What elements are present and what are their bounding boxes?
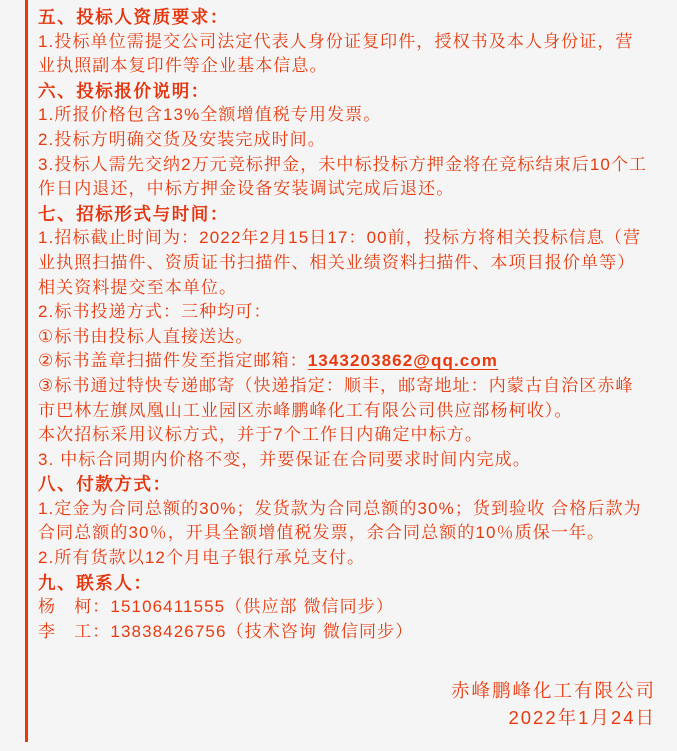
text-line: ①标书由投标人直接送达。 [38,325,663,350]
text-line: 1.所报价格包含13%全额增值税专用发票。 [38,103,663,128]
text-line: 本次招标采用议标方式，并于7个工作日内确定中标方。 [38,423,663,448]
text-line: 2.投标方明确交货及安装完成时间。 [38,128,663,153]
text-line: 合同总额的30％，开具全额增值税发票，余合同总额的10％质保一年。 [38,521,663,546]
text-line: 2.所有货款以12个月电子银行承兑支付。 [38,546,663,571]
contact-line-ligong: 李 工：13838426756（技术咨询 微信同步） [38,620,663,645]
section-heading-quotation: 六、投标报价说明： [38,79,663,104]
email-line-prefix: ②标书盖章扫描件发至指定邮箱： [38,351,308,370]
text-line: 市巴林左旗凤凰山工业园区赤峰鹏峰化工有限公司供应部杨柯收）。 [38,399,663,424]
text-line: 业执照副本复印件等企业基本信息。 [38,54,663,79]
contact-line-yangke: 杨 柯：15106411555（供应部 微信同步） [38,595,663,620]
text-line: 3.投标人需先交纳2万元竞标押金，未中标投标方押金将在竞标结束后10个工 [38,153,663,178]
text-line: 作日内退还，中标方押金设备安装调试完成后退还。 [38,177,663,202]
text-line: ③标书通过特快专递邮寄（快递指定：顺丰，邮寄地址：内蒙古自治区赤峰 [38,374,663,399]
text-line: 1.投标单位需提交公司法定代表人身份证复印件，授权书及本人身份证，营 [38,30,663,55]
email-link[interactable]: 1343203862@qq.com [308,351,498,370]
email-line: ②标书盖章扫描件发至指定邮箱：1343203862@qq.com [38,349,663,374]
section-heading-qualifications: 五、投标人资质要求： [38,5,663,30]
text-line: 1.招标截止时间为：2022年2月15日17：00前，投标方将相关投标信息（营 [38,226,663,251]
notice-body: 五、投标人资质要求： 1.投标单位需提交公司法定代表人身份证复印件，授权书及本人… [38,5,663,644]
text-line: 相关资料提交至本单位。 [38,276,663,301]
section-heading-payment: 八、付款方式： [38,472,663,497]
company-name: 赤峰鹏峰化工有限公司 [451,678,656,705]
text-line: 2.标书投递方式：三种均可： [38,300,663,325]
text-line: 1.定金为合同总额的30%；发货款为合同总额的30%；货到验收 合格后款为 [38,497,663,522]
signature-block: 赤峰鹏峰化工有限公司 2022年1月24日 [451,678,656,731]
section-heading-bid-form-time: 七、招标形式与时间： [38,202,663,227]
left-accent-line [25,0,28,742]
section-heading-contacts: 九、联系人： [38,571,663,596]
text-line: 3. 中标合同期内价格不变，并要保证在合同要求时间内完成。 [38,448,663,473]
text-line: 业执照扫描件、资质证书扫描件、相关业绩资料扫描件、本项目报价单等） [38,251,663,276]
notice-date: 2022年1月24日 [451,705,656,732]
